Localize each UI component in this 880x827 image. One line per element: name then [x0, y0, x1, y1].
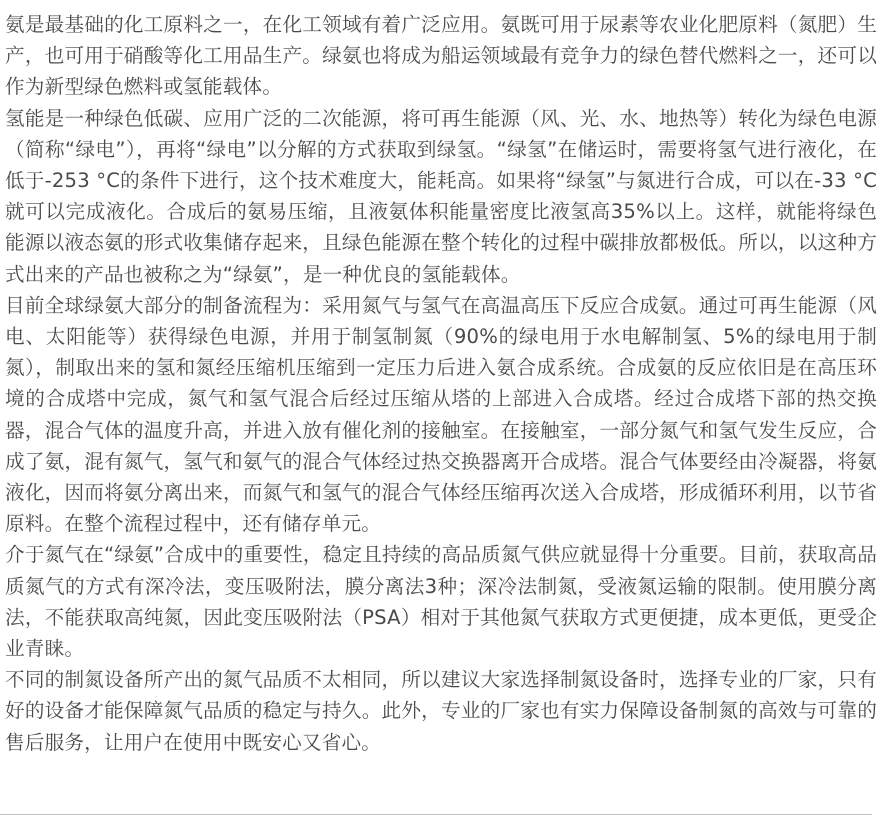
article-body: 氨是最基础的化工原料之一，在化工领域有着广泛应用。氨既可用于尿素等农业化肥原料（… — [5, 9, 877, 758]
paragraph-production-process: 目前全球绿氨大部分的制备流程为：采用氮气与氢气在高温高压下反应合成氨。通过可再生… — [5, 290, 877, 540]
paragraph-equipment-advice: 不同的制氮设备所产出的氮气品质不太相同，所以建议大家选择制氮设备时，选择专业的厂… — [5, 664, 877, 758]
paragraph-hydrogen-energy: 氢能是一种绿色低碳、应用广泛的二次能源，将可再生能源（风、光、水、地热等）转化为… — [5, 103, 877, 290]
paragraph-nitrogen-supply: 介于氮气在“绿氨”合成中的重要性，稳定且持续的高品质氮气供应就显得十分重要。目前… — [5, 539, 877, 664]
paragraph-ammonia-intro: 氨是最基础的化工原料之一，在化工领域有着广泛应用。氨既可用于尿素等农业化肥原料（… — [5, 9, 877, 103]
bottom-divider — [0, 814, 872, 815]
